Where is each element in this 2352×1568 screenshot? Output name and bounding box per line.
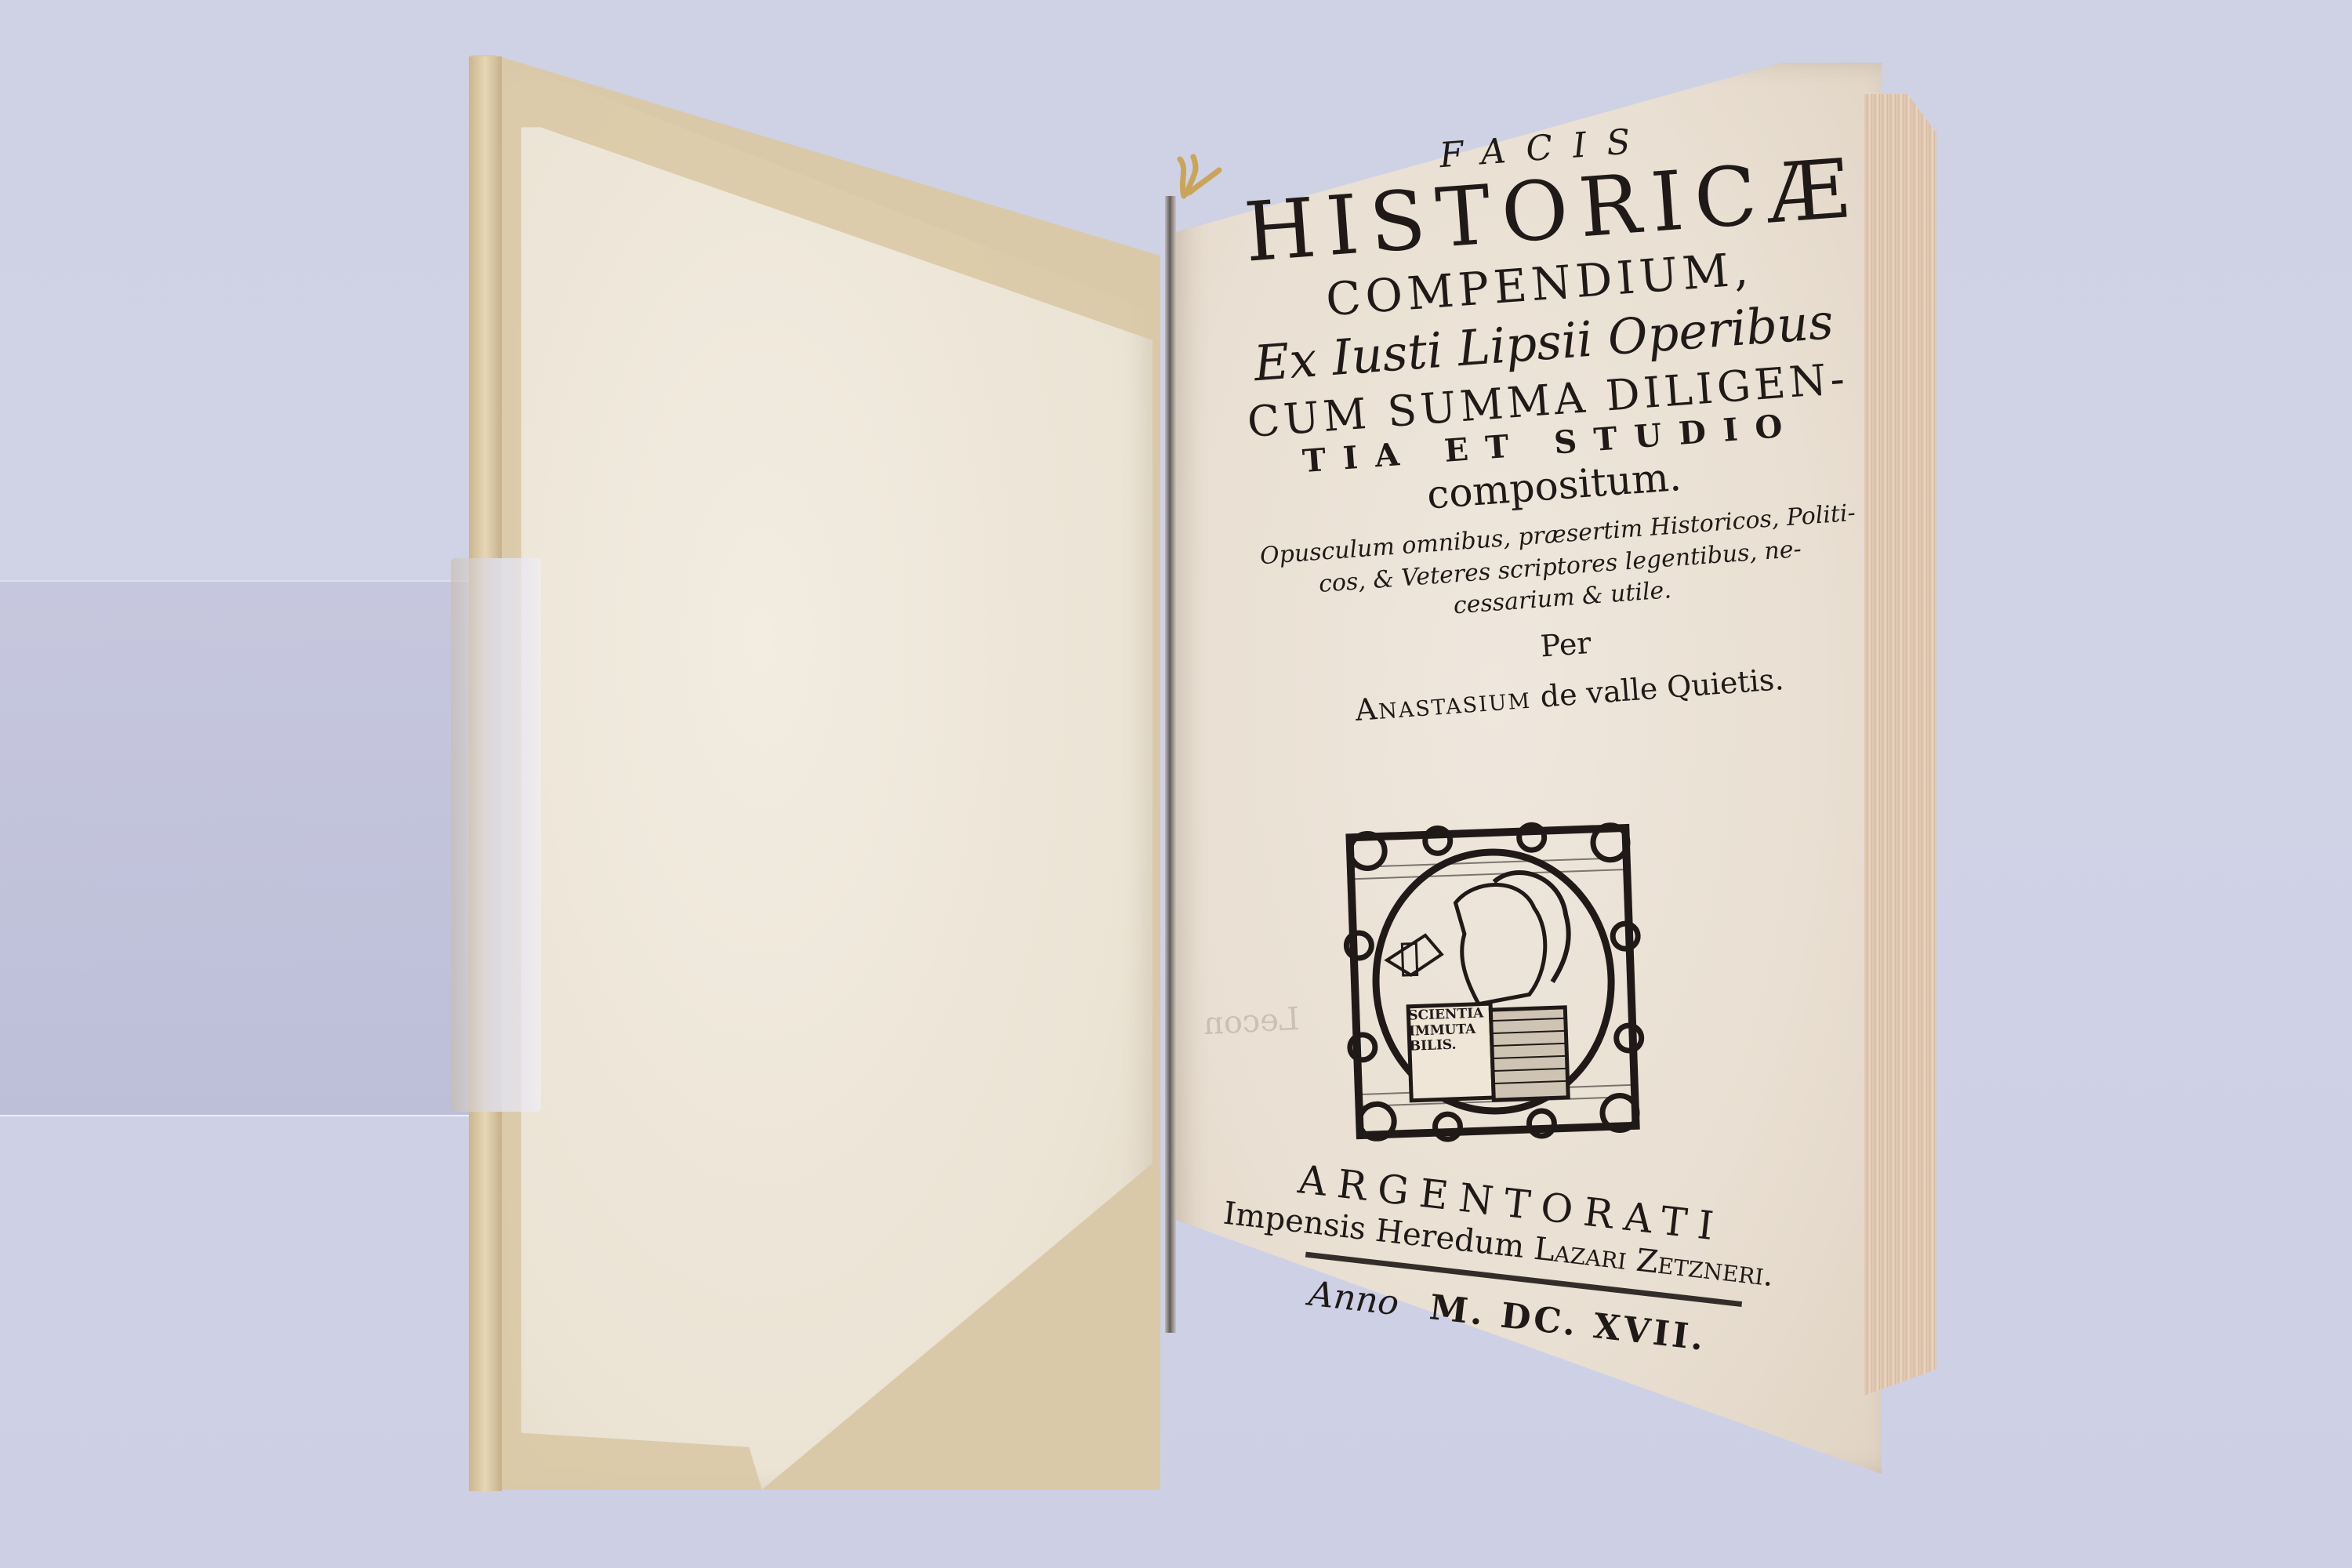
motto-line: BILIS.	[1409, 1036, 1488, 1054]
acrylic-stand	[0, 580, 502, 1116]
title-block: FACIS HISTORICÆ COMPENDIUM, Ex Iusti Lip…	[1207, 106, 1891, 735]
acrylic-stand-edge	[451, 558, 541, 1112]
date-prefix: Anno	[1307, 1274, 1401, 1324]
printers-device-woodcut-icon	[1335, 810, 1652, 1149]
gutter-binding	[1165, 196, 1176, 1333]
device-motto: SCIENTIA IMMUTA BILIS.	[1408, 1006, 1488, 1054]
bleed-through-text: Lecon	[1203, 1001, 1301, 1042]
photo-scene: Lecon FACIS HISTORICÆ COMPENDIUM, Ex Ius…	[0, 0, 2352, 1568]
page-fore-edge	[1864, 94, 1936, 1396]
